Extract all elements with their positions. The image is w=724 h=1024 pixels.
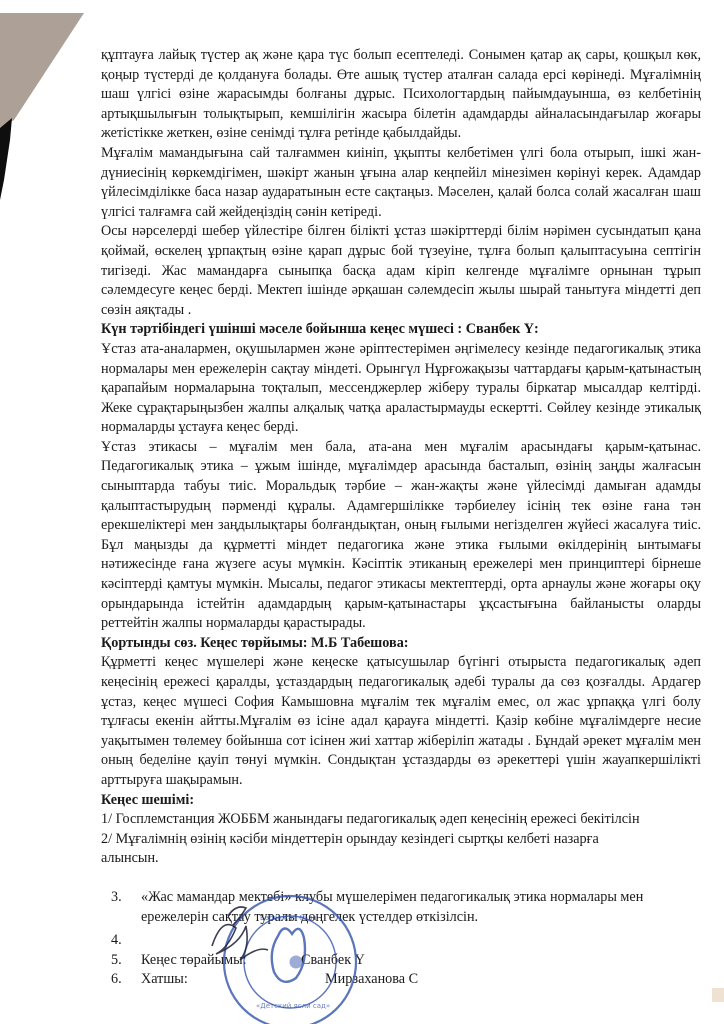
list-text xyxy=(141,931,701,951)
numbered-list: 3. «Жас мамандар мектебі» клубы мүшелері… xyxy=(101,888,701,990)
stamp-bottom-text: «Детский ясли сад» xyxy=(256,1002,330,1010)
section-heading-decision: Кеңес шешімі: xyxy=(101,791,701,811)
paragraph: құптауға лайық түстер ақ және қара түс б… xyxy=(101,46,701,144)
list-number: 6. xyxy=(101,970,141,990)
list-item: 4. xyxy=(101,931,701,951)
list-number: 4. xyxy=(101,931,141,951)
list-item-secretary: 6. Хатшы:Мирзаханова С xyxy=(101,970,701,990)
list-number: 5. xyxy=(101,951,141,971)
scan-edge-shadow xyxy=(0,0,90,300)
scan-artifact xyxy=(712,988,724,1002)
document-page: құптауға лайық түстер ақ және қара түс б… xyxy=(101,46,701,990)
chair-label: Кеңес төрайымы: xyxy=(141,951,257,971)
paragraph: Осы нәрселерді шебер үйлестіре білген бі… xyxy=(101,222,701,320)
list-item-chair: 5. Кеңес төрайымы:Сванбек Ү xyxy=(101,951,701,971)
secretary-name: Мирзаханова С xyxy=(325,971,418,987)
paragraph: Ұстаз этикасы – мұғалім мен бала, ата-ан… xyxy=(101,438,701,634)
paragraph: Құрметті кеңес мүшелері және кеңеске қат… xyxy=(101,653,701,790)
list-number: 3. xyxy=(101,888,141,927)
paragraph: Ұстаз ата-аналармен, оқушылармен және әр… xyxy=(101,340,701,438)
secretary-label: Хатшы: xyxy=(141,970,257,990)
decision-item: 1/ Госплемстанция ЖОББМ жанындағы педаго… xyxy=(101,810,701,830)
chair-name: Сванбек Ү xyxy=(301,952,365,968)
list-text: «Жас мамандар мектебі» клубы мүшелерімен… xyxy=(141,888,701,927)
decision-item: 2/ Мұғалімнің өзінің кәсіби міндеттерін … xyxy=(101,830,621,869)
paragraph: Мұғалім мамандығына сай талғаммен киініп… xyxy=(101,144,701,222)
section-heading-item3: Күн тәртібіндегі үшінші мәселе бойынша к… xyxy=(101,320,701,340)
list-item: 3. «Жас мамандар мектебі» клубы мүшелері… xyxy=(101,888,701,927)
section-heading-closing: Қортынды сөз. Кеңес төрйымы: М.Б Табешов… xyxy=(101,634,701,654)
